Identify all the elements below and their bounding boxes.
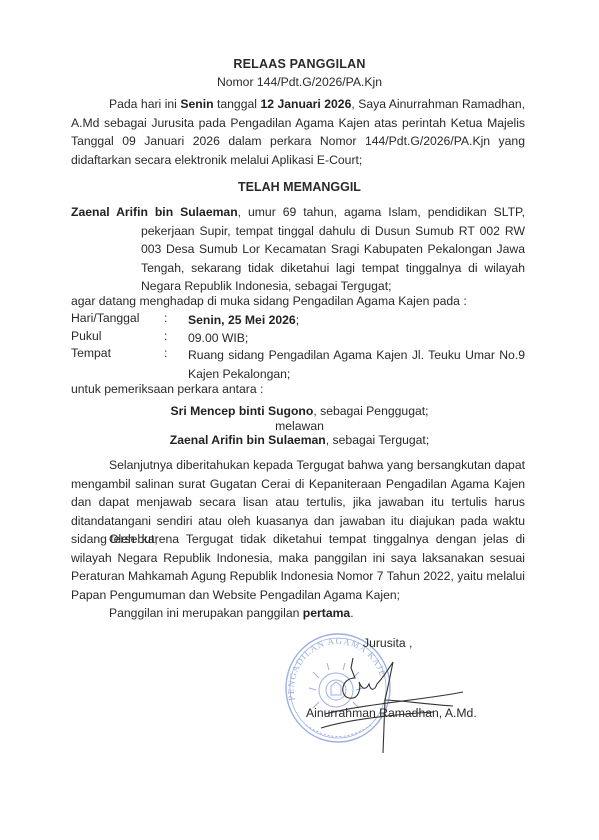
case-intro: untuk pemeriksaan perkara antara :: [71, 382, 525, 396]
schedule-value: Senin, 25 Mei 2026;: [188, 311, 525, 330]
summons-ordinal: pertama: [303, 606, 350, 620]
document-page: RELAAS PANGGILAN Nomor 144/Pdt.G/2026/PA…: [0, 0, 599, 840]
section-heading-called: TELAH MEMANGGIL: [0, 180, 599, 194]
schedule-row-time: Pukul : 09.00 WIB;: [71, 329, 525, 348]
schedule-value: Ruang sidang Pengadilan Agama Kajen Jl. …: [188, 346, 525, 383]
final-text: Panggilan ini merupakan panggilan: [109, 606, 303, 620]
schedule-value-bold: Senin, 25 Mei 2026: [188, 313, 296, 327]
schedule-sep: :: [158, 311, 188, 330]
final-end: .: [350, 606, 353, 620]
schedule-label: Tempat: [71, 346, 158, 383]
opening-text: Pada hari ini: [109, 97, 180, 111]
opening-paragraph: Pada hari ini Senin tanggal 12 Januari 2…: [71, 95, 525, 169]
schedule-row-date: Hari/Tanggal : Senin, 25 Mei 2026;: [71, 311, 525, 330]
reason-paragraph: Oleh karena Tergugat tidak diketahui tem…: [71, 530, 525, 604]
signature-scribble-icon: [313, 648, 483, 758]
opening-text: tanggal: [214, 97, 261, 111]
case-number: Nomor 144/Pdt.G/2026/PA.Kjn: [0, 75, 599, 89]
defendant-identity: Zaenal Arifin bin Sulaeman, umur 69 tahu…: [71, 203, 525, 296]
document-title: RELAAS PANGGILAN: [0, 57, 599, 71]
defendant-name: Zaenal Arifin bin Sulaeman: [170, 433, 326, 447]
schedule-sep: :: [158, 346, 188, 383]
plaintiff-role: , sebagai Penggugat;: [313, 404, 428, 418]
defendant-line: Zaenal Arifin bin Sulaeman, sebagai Terg…: [0, 433, 599, 447]
plaintiff-name: Sri Mencep binti Sugono: [170, 404, 313, 418]
versus-label: melawan: [0, 419, 599, 433]
summons-intro: agar datang menghadap di muka sidang Pen…: [71, 294, 525, 308]
final-paragraph: Panggilan ini merupakan panggilan pertam…: [71, 604, 525, 623]
schedule-label: Pukul: [71, 329, 158, 348]
signer-name: Ainurrahman Ramadhan, A.Md.: [306, 706, 477, 720]
schedule-value: 09.00 WIB;: [188, 329, 525, 348]
defendant-name: Zaenal Arifin bin Sulaeman: [71, 205, 238, 219]
plaintiff-line: Sri Mencep binti Sugono, sebagai Penggug…: [0, 404, 599, 418]
defendant-role: , sebagai Tergugat;: [326, 433, 429, 447]
schedule-row-place: Tempat : Ruang sidang Pengadilan Agama K…: [71, 346, 525, 383]
schedule-sep: :: [158, 329, 188, 348]
opening-date: 12 Januari 2026: [260, 97, 351, 111]
schedule-value-rest: ;: [296, 313, 299, 327]
schedule-label: Hari/Tanggal: [71, 311, 158, 330]
opening-day: Senin: [180, 97, 213, 111]
